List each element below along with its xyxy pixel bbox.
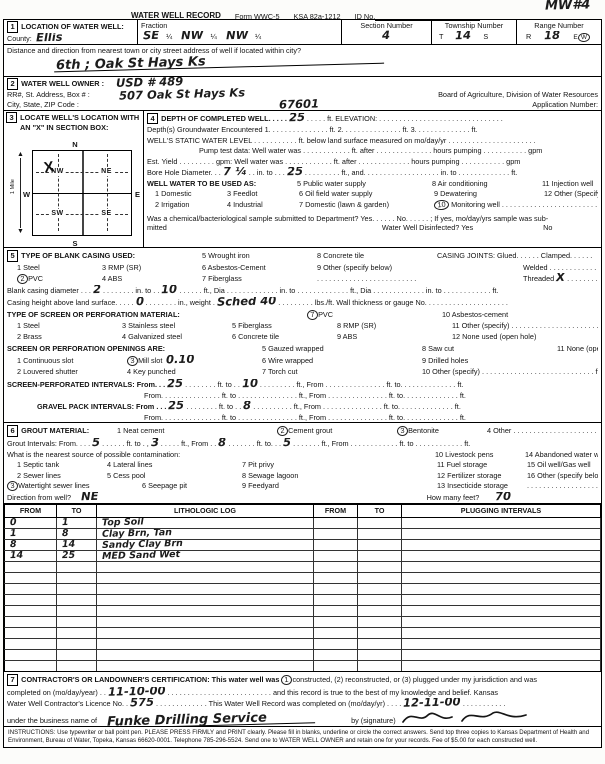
litho-cell-value: Clay Brn, Tan <box>100 529 174 539</box>
diameter-value2: 10 <box>159 285 179 295</box>
threaded-dots: . . . . . . . . . . . . . . <box>567 274 598 283</box>
litho-cell <box>97 649 314 660</box>
zip-value: 67601 <box>277 99 321 110</box>
range-w-circled: W <box>577 32 590 42</box>
casing-option-7: 7 Fiberglass <box>202 274 317 283</box>
lithologic-table: FROM TO LITHOLOGIC LOG FROM TO PLUGGING … <box>4 504 601 672</box>
openings-row3: 2 Louvered shutter4 Key punched7 Torch c… <box>7 367 598 376</box>
litho-cell <box>402 572 601 583</box>
opening-option-3: Mill slot <box>138 356 162 365</box>
contam-option-1: 1 Septic tank <box>17 460 107 469</box>
spi-tail: . . . . . . . . . ft., From . . . . . . … <box>260 380 464 389</box>
section1-location: 1LOCATION OF WATER WELL: County: Ellis F… <box>3 19 602 78</box>
litho-cell <box>97 660 314 671</box>
contam-option-12: 12 Fertilizer storage <box>437 471 527 480</box>
township-cell: Township Number T 14 S <box>431 20 516 44</box>
openings-row1: SCREEN OR PERFORATION OPENINGS ARE:5 Gau… <box>7 344 598 353</box>
casing-option-3: 3 RMP (SR) <box>102 263 202 272</box>
litho-cell <box>5 649 57 660</box>
grout-title-wrap: 6GROUT MATERIAL: <box>7 425 117 437</box>
litho-cell: 1 <box>57 517 97 528</box>
cert-line2-tail: . . . . . . . . . . . . . . . . . . . . … <box>168 688 499 697</box>
contam-option-16: 16 Other (specify below) <box>527 471 598 480</box>
section-box-diagram: N S W E ▲ 1 Mile ▼ NW <box>14 141 136 247</box>
sample-line2: mittedWater Well Disinfected? YesNo <box>147 223 598 232</box>
bore-dia-value: 7 ¼ <box>221 167 249 177</box>
mile-bar <box>20 158 21 228</box>
groundwater-line: Depth(s) Groundwater Encountered 1. . . … <box>147 125 598 134</box>
use-option-11: 11 Injection well <box>542 179 593 188</box>
height-value: 0 <box>133 297 145 307</box>
bore-label: Bore Hole Diameter. . . <box>147 168 221 177</box>
depth-label: DEPTH OF COMPLETED WELL. . . . . <box>161 114 287 123</box>
screen-option-6: 6 Concrete tile <box>232 332 337 341</box>
use-option-4: 4 Industrial <box>227 200 299 209</box>
height-mid: . . . . . . . . in., weight . <box>146 298 215 307</box>
casing-option-2-circled: 2 <box>17 274 29 284</box>
section2-owner: 2WATER WELL OWNER : USD # 489 RR#, St. A… <box>3 76 602 111</box>
section3-4-wrap: 3LOCATE WELL'S LOCATION WITH AN "X" IN S… <box>3 110 602 249</box>
openings-title: SCREEN OR PERFORATION OPENINGS ARE: <box>7 344 262 353</box>
quadrant-sw: SW <box>49 209 65 218</box>
litho-cell <box>402 649 601 660</box>
height-label: Casing height above land surface. . . . … <box>7 298 134 307</box>
licence-value: 575 <box>128 698 156 708</box>
township-s: S <box>483 32 488 41</box>
contam-other-dots: . . . . . . . . . . . . . . . . . . . . … <box>527 481 598 490</box>
contamination-row3: 3Watertight sewer lines6 Seepage pit9 Fe… <box>7 481 598 491</box>
grout-option-3-wrap: 3Bentonite <box>397 426 487 436</box>
height-tail: . . . . . . . . . lbs./ft. Wall thicknes… <box>278 298 508 307</box>
use-option-7: 7 Domestic (lawn & garden) <box>299 200 434 209</box>
township-row: T 14 S <box>435 31 513 41</box>
mile-label: 1 Mile <box>10 179 17 194</box>
diameter-label: Blank casing diameter . . . <box>7 286 91 295</box>
litho-cell <box>314 583 358 594</box>
grout-option-3-circled: 3 <box>397 426 409 437</box>
screen-option-1: 1 Steel <box>17 321 122 330</box>
casing-option-4: 4 ABS <box>102 274 202 283</box>
litho-cell <box>358 561 402 572</box>
quarter-1: ¼ <box>166 32 172 41</box>
screen-option-5: 5 Fiberglass <box>232 321 337 330</box>
litho-cell <box>358 517 402 528</box>
depth-value: 25 <box>287 113 307 123</box>
use-option-2: 2 Irrigation <box>155 200 227 209</box>
sample-line1: Was a chemical/bacteriological sample su… <box>147 214 598 223</box>
bore-line: Bore Hole Diameter. . .7 ¼. . in. to . .… <box>147 167 598 177</box>
litho-cell <box>5 605 57 616</box>
litho-cell <box>97 616 314 627</box>
gi-mid3: . . . . . . . ft. to. . . <box>228 439 281 448</box>
section2-number: 2 <box>7 78 18 90</box>
gravel-intervals-line: GRAVEL PACK INTERVALS: From . . .25. . .… <box>7 401 598 411</box>
litho-cell <box>97 583 314 594</box>
litho-cell <box>57 572 97 583</box>
litho-cell-value: Sandy Clay Brn <box>100 540 185 550</box>
contam-option-4: 4 Lateral lines <box>107 460 242 469</box>
use-option-5: 5 Public water supply <box>297 179 432 188</box>
section3-number: 3 <box>6 112 17 124</box>
litho-cell <box>402 638 601 649</box>
casing-option-6: 6 Asbestos-Cement <box>202 263 317 272</box>
contamination-row0: What is the nearest source of possible c… <box>7 450 598 459</box>
contamination-row2: 2 Sewer lines5 Cess pool8 Sewage lagoon1… <box>7 471 598 480</box>
county-row: County: Ellis <box>7 33 134 43</box>
mill-slot-value: 0.10 <box>164 355 197 365</box>
compass-s: S <box>72 239 77 249</box>
screen-option-10: 10 Asbestos-cement <box>442 310 508 319</box>
joint-welded: Welded . . . . . . . . . . . . . . . . .… <box>523 263 598 272</box>
screen-material-row1: TYPE OF SCREEN OR PERFORATION MATERIAL:7… <box>7 310 598 320</box>
form-page: WATER WELL RECORD Form WWC-5 KSA 82a-121… <box>0 0 605 764</box>
screen-option-11: 11 Other (specify) . . . . . . . . . . .… <box>452 321 598 330</box>
contam-option-2: 2 Sewer lines <box>17 471 107 480</box>
litho-cell <box>358 616 402 627</box>
litho-cell: 8 <box>57 528 97 539</box>
table-row <box>5 616 601 627</box>
litho-cell <box>5 616 57 627</box>
spi-to-value: 10 <box>240 379 260 389</box>
casing-option-2-wrap: 2PVC <box>17 274 102 284</box>
grout-option-4: 4 Other . . . . . . . . . . . . . . . . … <box>487 426 598 435</box>
range-cell: Range Number R 18 EW <box>516 20 601 44</box>
gi-value2: 3 <box>149 438 161 448</box>
opening-option-3-circled: 3 <box>127 355 139 365</box>
grout-option-2-circled: 2 <box>277 426 289 437</box>
business-label: under the business name of <box>7 716 97 725</box>
litho-cell <box>314 528 358 539</box>
contam-option-11: 11 Fuel storage <box>437 460 527 469</box>
screen-material-title: TYPE OF SCREEN OR PERFORATION MATERIAL: <box>7 310 307 319</box>
screen-option-2: 2 Brass <box>17 332 122 341</box>
casing-row2: 1 Steel3 RMP (SR)6 Asbestos-Cement9 Othe… <box>7 263 598 272</box>
section3-title-row: 3LOCATE WELL'S LOCATION WITH <box>6 112 141 124</box>
litho-cell <box>402 605 601 616</box>
litho-cell-value: 1 <box>60 519 71 527</box>
spi-from-value: 25 <box>165 379 185 389</box>
lithologic-log-section: FROM TO LITHOLOGIC LOG FROM TO PLUGGING … <box>3 503 602 673</box>
instructions-line2: Environment, Bureau of Water, Topeka, Ka… <box>8 737 597 745</box>
signature-scrawl <box>400 709 530 726</box>
use-as-row3: 2 Irrigation4 Industrial7 Domestic (lawn… <box>147 200 598 210</box>
bore-tail: . . . . . . . . . ft., and. . . . . . . … <box>305 168 517 177</box>
diameter-mid: . . . . . . . . in. to . . <box>103 286 159 295</box>
litho-cell <box>314 660 358 671</box>
well-x-mark: X <box>42 158 55 179</box>
section7-certification: 7CONTRACTOR'S OR LANDOWNER'S CERTIFICATI… <box>3 671 602 728</box>
range-value: 18 <box>542 31 562 41</box>
use-option-12: 12 Other (Specify below) <box>544 189 598 198</box>
range-row: R 18 EW <box>520 31 598 42</box>
litho-cell <box>97 605 314 616</box>
litho-cell-value: 8 <box>8 541 19 549</box>
litho-cell: 14 <box>57 539 97 550</box>
litho-cell <box>57 616 97 627</box>
screen-option-3: 3 Stainless steel <box>122 321 232 330</box>
table-row <box>5 594 601 605</box>
litho-cell <box>358 550 402 561</box>
fraction-2: NW <box>179 31 206 41</box>
cert-line2: completed on (mo/day/year) . .11-10-00. … <box>7 687 598 697</box>
use-option-10-circled: 10 <box>434 200 450 210</box>
section-number-value: 4 <box>380 31 392 41</box>
casing-option-9: 9 Other (specify below) <box>317 263 467 272</box>
cert-line3-mid: . . . . . . . . . . . . . This Water Wel… <box>156 699 401 708</box>
screen-intervals-line: SCREEN-PERFORATED INTERVALS: From. . .25… <box>7 379 598 389</box>
feet-value: 70 <box>493 492 513 502</box>
litho-cell <box>57 649 97 660</box>
business-name-value: Funke Drilling Service <box>105 711 315 726</box>
litho-cell <box>314 627 358 638</box>
contam-option-13: 13 Insecticide storage <box>437 481 527 490</box>
grout-option-2: Cement grout <box>288 426 332 435</box>
quarter-3: ¼ <box>255 32 261 41</box>
casing-option-1: 1 Steel <box>17 263 102 272</box>
owner-row: 2WATER WELL OWNER : USD # 489 <box>7 78 598 90</box>
dash-line-right <box>107 154 108 231</box>
fraction-cell: Fraction SE¼ NW¼ NW¼ <box>137 20 341 44</box>
sample-line2-text: mitted <box>147 223 167 232</box>
use-option-8: 8 Air conditioning <box>432 179 542 188</box>
gravel-intervals-blank: From. . . . . . . . . . . . . . . ft. to… <box>7 413 598 422</box>
section3-locate: 3LOCATE WELL'S LOCATION WITH AN "X" IN S… <box>4 111 144 248</box>
opening-option-3-wrap: 3Mill slot 0.10 <box>127 355 262 366</box>
id-label: ID No. <box>355 12 376 21</box>
litho-header-from2: FROM <box>314 504 358 517</box>
litho-cell <box>5 561 57 572</box>
mile-scale: ▲ 1 Mile ▼ <box>15 151 27 235</box>
litho-cell <box>402 517 601 528</box>
grout-option-3: Bentonite <box>408 426 439 435</box>
litho-cell: Clay Brn, Tan <box>97 528 314 539</box>
table-row: 18Clay Brn, Tan <box>5 528 601 539</box>
gi-mid1: . . . . . . ft. to . , <box>102 439 149 448</box>
casing-row1: 5TYPE OF BLANK CASING USED:5 Wrought iro… <box>7 250 598 262</box>
table-row <box>5 638 601 649</box>
litho-cell-value: 8 <box>60 530 71 538</box>
litho-table-body: 01Top Soil18Clay Brn, Tan814Sandy Clay B… <box>5 517 601 671</box>
township-t: T <box>439 32 443 41</box>
ksa-number: KSA 82a-1212 <box>294 12 341 21</box>
screen-option-7: PVC <box>318 310 333 319</box>
grout-title: GROUT MATERIAL: <box>21 426 89 435</box>
direction-value: NE <box>79 492 101 502</box>
litho-cell <box>314 517 358 528</box>
compass-e: E <box>135 190 140 200</box>
contam-option-3-wrap: 3Watertight sewer lines <box>7 481 107 491</box>
litho-cell: 0 <box>5 517 57 528</box>
gpi-from-value: 25 <box>166 401 186 411</box>
casing-option-2: PVC <box>28 274 43 283</box>
table-row <box>5 561 601 572</box>
litho-cell <box>358 572 402 583</box>
fraction-label: Fraction <box>141 21 338 30</box>
form-number: Form WWC-5 <box>235 12 280 21</box>
litho-cell <box>97 627 314 638</box>
direction-row: Direction from well?NEHow many feet?70 <box>7 492 598 502</box>
litho-header-to1: TO <box>57 504 97 517</box>
board-text: Board of Agriculture, Division of Water … <box>438 90 598 100</box>
contam-option-8: 8 Sewage lagoon <box>242 471 437 480</box>
disinfected-no: No <box>543 223 552 232</box>
use-as-row1: WELL WATER TO BE USED AS:5 Public water … <box>147 179 598 188</box>
opening-option-10: 10 Other (specify) . . . . . . . . . . .… <box>422 367 598 376</box>
section3-title2: AN "X" IN SECTION BOX: <box>6 123 141 132</box>
litho-cell-value: 1 <box>8 530 19 538</box>
grout-row: 6GROUT MATERIAL:1 Neat cement2Cement gro… <box>7 425 598 437</box>
litho-header-log: LITHOLOGIC LOG <box>97 504 314 517</box>
contamination-label: What is the nearest source of possible c… <box>7 450 435 459</box>
fraction-3: NW <box>224 31 251 41</box>
litho-header-to2: TO <box>358 504 402 517</box>
litho-cell <box>358 649 402 660</box>
litho-cell <box>57 627 97 638</box>
threaded-x-mark: X <box>554 273 567 283</box>
gi-label: Grout Intervals: From. . . . <box>7 439 90 448</box>
county-value: Ellis <box>34 33 65 43</box>
litho-cell-value: Top Soil <box>100 518 146 527</box>
city-row: City, State, ZIP Code : 67601 Applicatio… <box>7 100 598 110</box>
table-row <box>5 649 601 660</box>
screen-option-12: 12 None used (open hole) <box>452 332 536 341</box>
casing-option-5: 5 Wrought iron <box>202 251 317 260</box>
gi-tail: . . . . . . . ft., From . . . . . . . . … <box>293 439 470 448</box>
table-row <box>5 627 601 638</box>
static-level-line: WELL'S STATIC WATER LEVEL . . . . . . . … <box>147 136 598 145</box>
contam-option-10: 10 Livestock pens <box>435 450 525 459</box>
litho-cell <box>402 594 601 605</box>
litho-cell <box>57 594 97 605</box>
gpi-mid: . . . . . . . . ft. to . . <box>186 402 241 411</box>
casing-other-dots: . . . . . . . . . . . . . . . . . . . . … <box>317 274 467 283</box>
table-row <box>5 660 601 671</box>
signature-label: by (signature) <box>351 716 396 725</box>
we-line <box>33 193 131 194</box>
opening-option-5: 5 Gauzed wrapped <box>262 344 422 353</box>
litho-cell <box>402 561 601 572</box>
screen-intervals-blank: From. . . . . . . . . . . . . . . ft. to… <box>7 391 598 400</box>
contam-option-5: 5 Cess pool <box>107 471 242 480</box>
casing-option-8: 8 Concrete tile <box>317 251 437 260</box>
litho-cell: Sandy Clay Brn <box>97 539 314 550</box>
address-label: RR#, St. Address, Box # : <box>7 90 117 100</box>
quadrant-ne: NE <box>99 167 114 176</box>
litho-cell <box>5 627 57 638</box>
grout-intervals-line: Grout Intervals: From. . . .5. . . . . .… <box>7 438 598 448</box>
bore-depth-value: 25 <box>285 167 305 177</box>
contam-option-9: 9 Feedyard <box>242 481 437 490</box>
instructions-line1: INSTRUCTIONS: Use typewriter or ball poi… <box>8 729 597 737</box>
litho-cell <box>5 594 57 605</box>
litho-cell <box>358 627 402 638</box>
feet-label: How many feet? <box>427 493 480 502</box>
form-title: WATER WELL RECORD <box>131 11 221 21</box>
township-value: 14 <box>453 31 473 41</box>
section4-number: 4 <box>147 113 158 125</box>
litho-cell <box>314 539 358 550</box>
casing-joints-label: CASING JOINTS: Glued. . . . . . Clamped.… <box>437 251 592 260</box>
litho-cell <box>402 539 601 550</box>
disinfected-label: Water Well Disinfected? Yes <box>382 223 473 232</box>
weight-value: Sched 40 <box>215 297 279 307</box>
contam-option-7: 7 Pit privy <box>242 460 437 469</box>
litho-header-from1: FROM <box>5 504 57 517</box>
pump-test-line: Pump test data: Well water was . . . . .… <box>147 146 598 155</box>
gi-value3: 8 <box>216 438 228 448</box>
cert-line3: Water Well Contractor's Licence No. .575… <box>7 698 598 708</box>
table-row: 814Sandy Clay Brn <box>5 539 601 550</box>
screen-option-4: 4 Galvanized steel <box>122 332 232 341</box>
use-option-3: 3 Feedlot <box>227 189 299 198</box>
litho-cell <box>314 561 358 572</box>
litho-cell <box>57 583 97 594</box>
use-as-row2: 1 Domestic3 Feedlot6 Oil field water sup… <box>147 189 598 198</box>
litho-cell <box>314 572 358 583</box>
litho-cell <box>97 561 314 572</box>
use-option-6: 6 Oil field water supply <box>299 189 434 198</box>
form-title-bar: WATER WELL RECORD Form WWC-5 KSA 82a-121… <box>3 2 602 21</box>
litho-cell <box>57 660 97 671</box>
litho-cell: MED Sand Wet <box>97 550 314 561</box>
litho-cell: 25 <box>57 550 97 561</box>
litho-table-head: FROM TO LITHOLOGIC LOG FROM TO PLUGGING … <box>5 504 601 517</box>
depth-line: 4DEPTH OF COMPLETED WELL. . . . .25. . .… <box>147 113 598 125</box>
litho-header-plugging: PLUGGING INTERVALS <box>402 504 601 517</box>
opening-option-7: 7 Torch cut <box>262 367 422 376</box>
completed-date-value: 11-10-00 <box>106 687 168 697</box>
gi-value1: 5 <box>90 438 102 448</box>
litho-cell <box>402 616 601 627</box>
section-number-cell: Section Number 4 <box>341 20 431 44</box>
gpi-label: GRAVEL PACK INTERVALS: From . . . <box>37 402 166 411</box>
contam-option-6: 6 Seepage pit <box>107 481 242 490</box>
table-row: 1425MED Sand Wet <box>5 550 601 561</box>
litho-cell-value: 0 <box>8 519 19 527</box>
table-row: 01Top Soil <box>5 517 601 528</box>
fraction-1: SE <box>141 31 161 41</box>
direction-label: Direction from well? <box>7 493 71 502</box>
contam-option-15: 15 Oil well/Gas well <box>527 460 591 469</box>
section1-number: 1 <box>7 21 18 33</box>
litho-cell-value: 14 <box>60 541 77 550</box>
litho-cell: 14 <box>5 550 57 561</box>
litho-cell <box>5 638 57 649</box>
well-id-handwritten: MW#4 <box>542 0 592 12</box>
gi-mid2: . . . . . ft., From . . <box>161 439 217 448</box>
section1-title-row: 1LOCATION OF WATER WELL: <box>7 21 134 33</box>
litho-cell <box>57 605 97 616</box>
contam-option-3: Watertight sewer lines <box>18 481 90 490</box>
litho-cell <box>314 616 358 627</box>
grout-option-1: 1 Neat cement <box>117 426 277 435</box>
gi-value4: 5 <box>281 438 293 448</box>
litho-cell: 1 <box>5 528 57 539</box>
opening-option-8: 8 Saw cut <box>422 344 557 353</box>
section3-title1: LOCATE WELL'S LOCATION WITH <box>20 113 139 122</box>
openings-row2: 1 Continuous slot3Mill slot 0.106 Wire w… <box>7 355 598 366</box>
completed-label: completed on (mo/day/year) . . <box>7 688 106 697</box>
cert-line4: under the business name of Funke Drillin… <box>7 709 598 726</box>
joint-threaded: Threaded <box>523 274 554 283</box>
opening-option-11: 11 None (open hole) <box>557 344 598 353</box>
county-label: County: <box>7 34 32 43</box>
casing-height-line: Casing height above land surface. . . . … <box>7 297 598 307</box>
quadrant-se: SE <box>99 209 113 218</box>
screen-option-9: 9 ABS <box>337 332 452 341</box>
litho-cell <box>5 572 57 583</box>
instructions-footer: INSTRUCTIONS: Use typewriter or ball poi… <box>3 726 602 748</box>
